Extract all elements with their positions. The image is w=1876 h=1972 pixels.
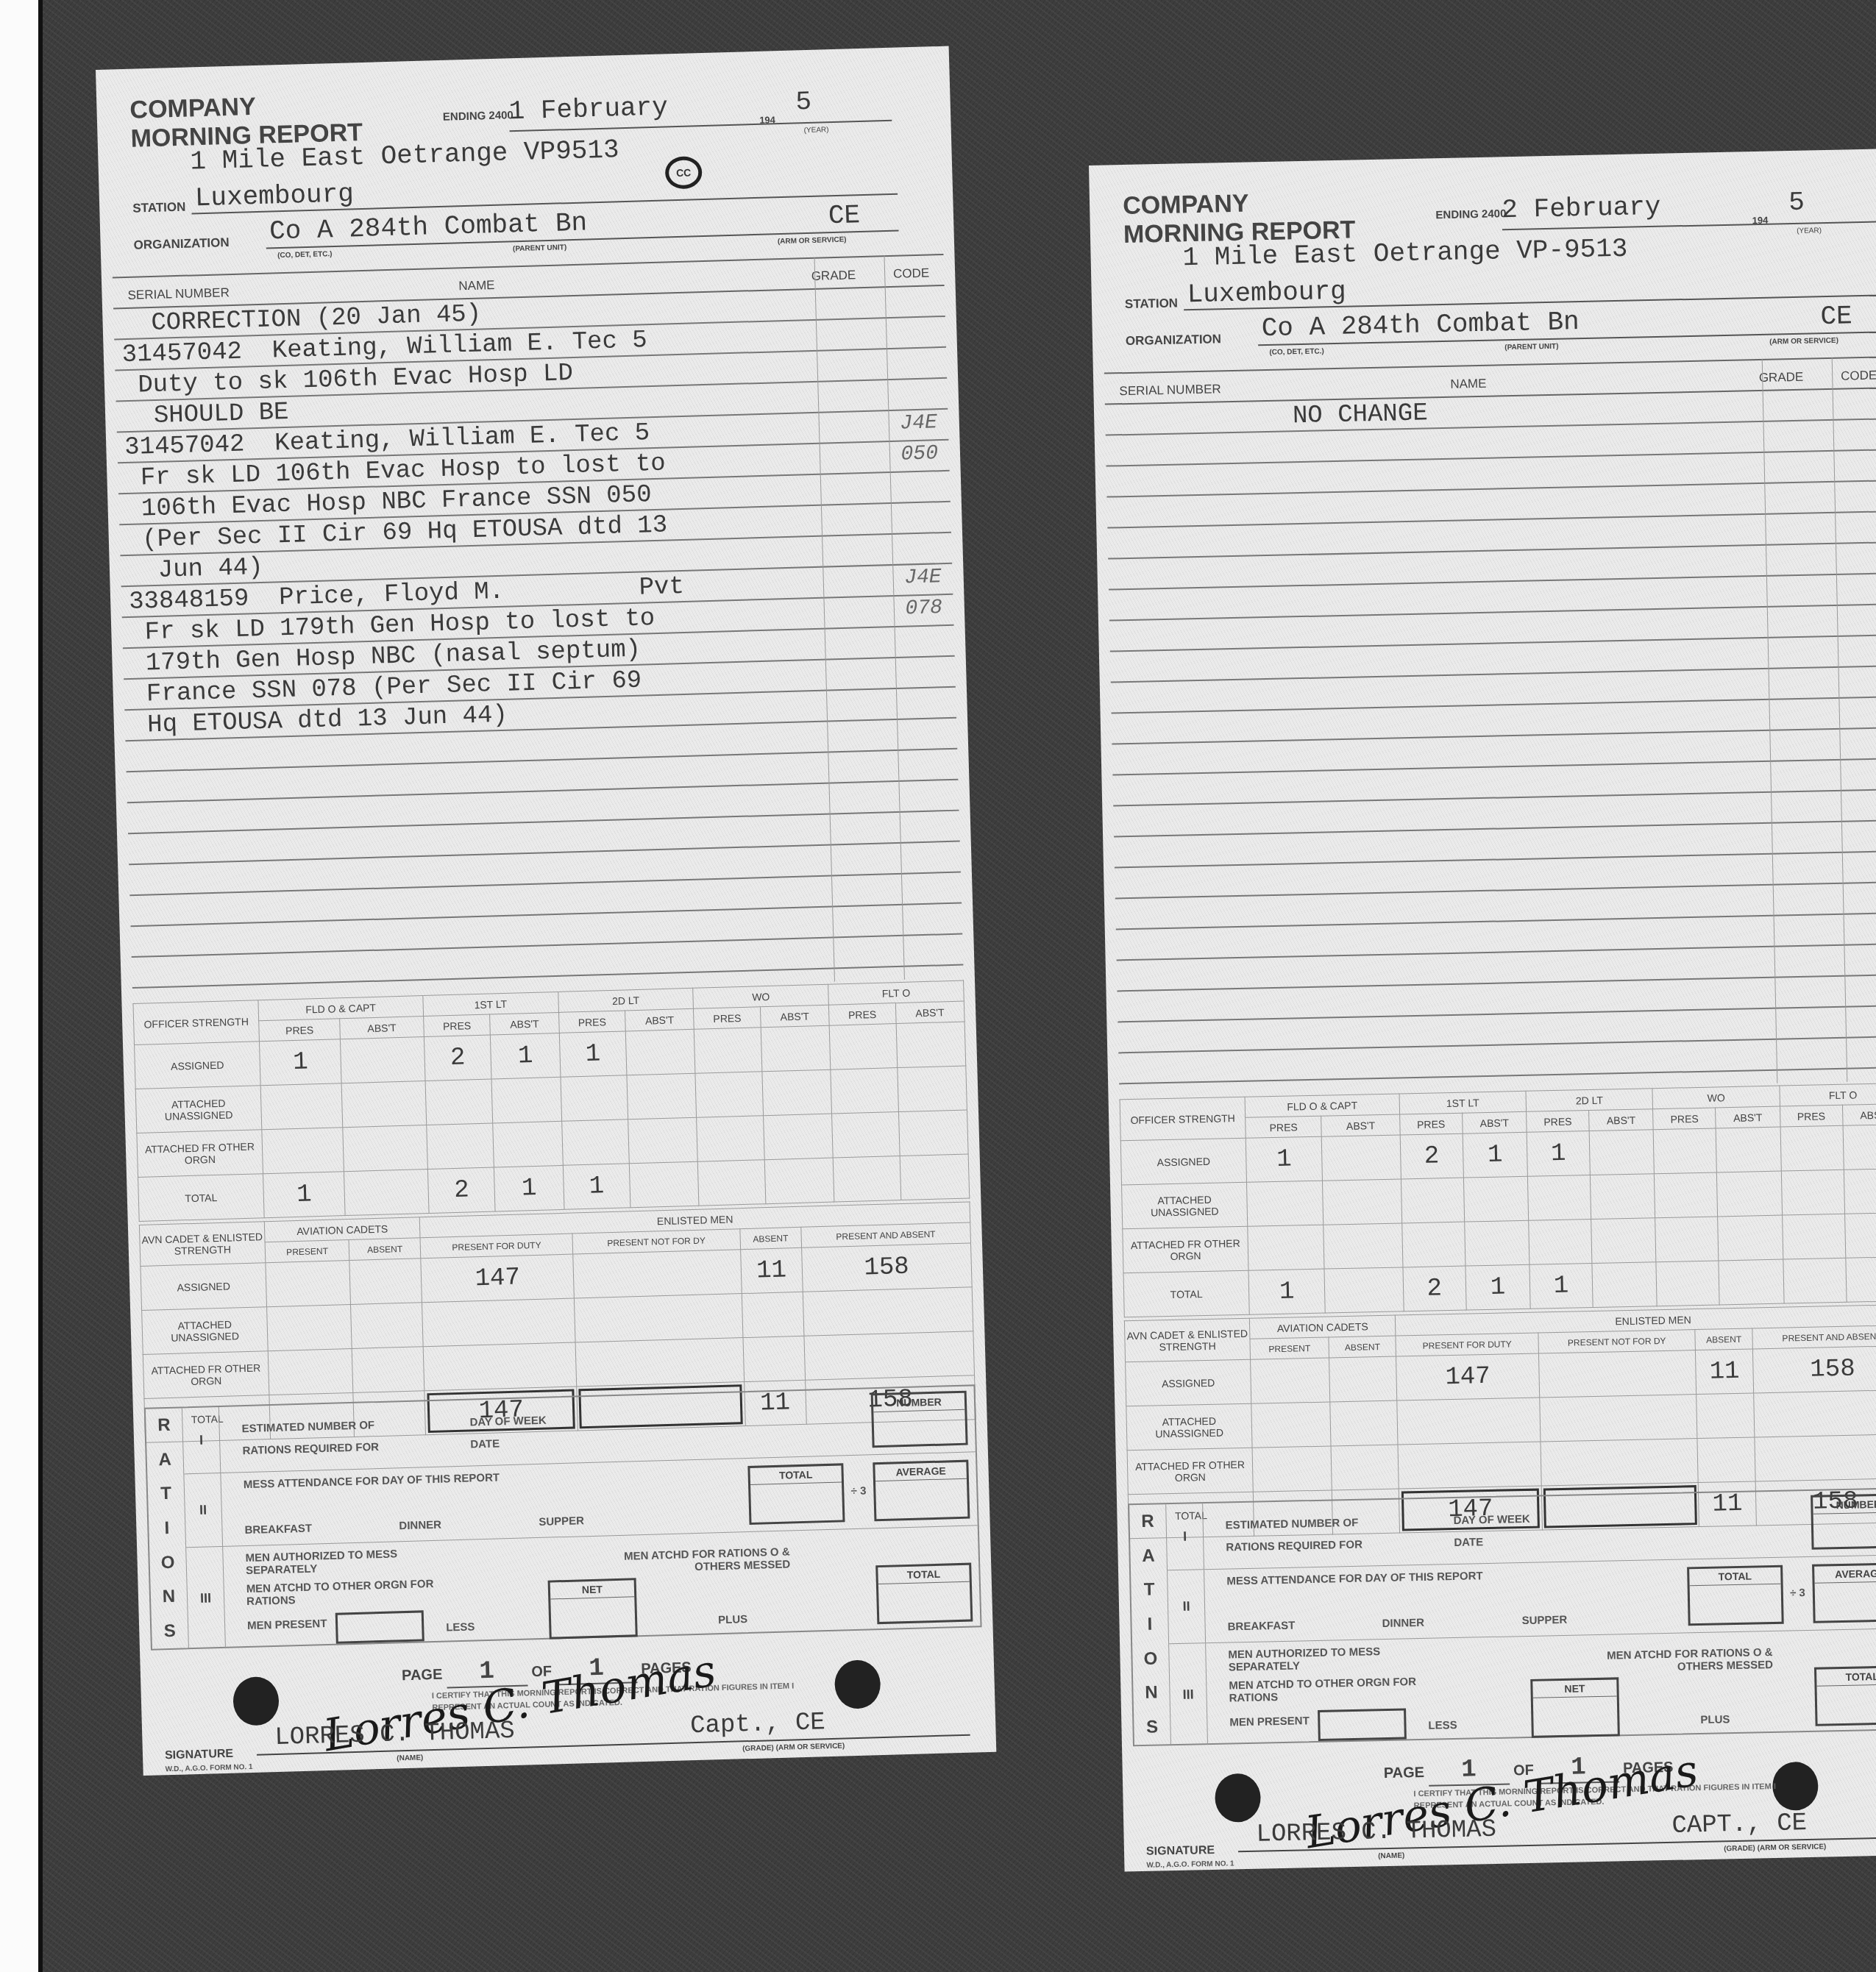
abst-header: ABS'T — [1321, 1114, 1400, 1136]
strength-cell — [898, 1110, 968, 1156]
strength-cell — [1402, 1222, 1465, 1267]
pres-header: PRES — [1399, 1113, 1462, 1135]
row-label-attached-other: ATTACHED FR OTHER ORGN — [137, 1130, 263, 1178]
entry-text: Jun 44) — [128, 554, 264, 585]
strength-cell — [341, 1081, 426, 1128]
strength-cell — [1655, 1217, 1719, 1262]
strength-cell — [896, 1022, 966, 1068]
plus-label: PLUS — [718, 1613, 747, 1626]
col-grade: GRADE — [1759, 370, 1804, 385]
signer-grade: CAPT., CE — [1671, 1809, 1807, 1840]
officer-strength-table: OFFICER STRENGTH FLD O & CAPT 1ST LT 2D … — [132, 980, 970, 1222]
section-number-3: III — [186, 1547, 226, 1649]
strength-cell — [1717, 1171, 1783, 1217]
strength-cell — [1590, 1174, 1655, 1220]
strength-cell — [266, 1260, 351, 1306]
name-caption: (NAME) — [1378, 1852, 1404, 1861]
entry-text: SHOULD BE — [124, 399, 289, 431]
pres-header: PRES — [1527, 1111, 1589, 1133]
scan-page-margin — [0, 0, 43, 1972]
enlisted-column-header: PRESENT NOT FOR DY — [1538, 1330, 1696, 1353]
strength-cell — [832, 1112, 900, 1158]
year-caption: (YEAR) — [1797, 227, 1822, 235]
pres-header: PRES — [829, 1003, 896, 1026]
rations-vertical-label: RATIONS — [1129, 1504, 1171, 1745]
group-1st-lt: 1ST LT — [1399, 1091, 1527, 1114]
divide-by-3: ÷ 3 — [850, 1485, 866, 1498]
rations-letter: A — [158, 1450, 171, 1470]
men-authorized-label: MEN AUTHORIZED TO MESS SEPARATELY — [1228, 1645, 1420, 1673]
strength-cell — [1696, 1393, 1755, 1439]
supper-label: SUPPER — [1521, 1614, 1567, 1627]
signer-name: LORRES C. THOMAS — [274, 1718, 515, 1752]
breakfast-label: BREAKFAST — [1227, 1620, 1295, 1634]
strength-cell — [1330, 1400, 1398, 1446]
strength-cell — [424, 1342, 577, 1391]
strength-cell — [574, 1294, 742, 1342]
estimated-number-label: ESTIMATED NUMBER OF — [1226, 1517, 1359, 1532]
strength-cell — [1538, 1350, 1696, 1398]
strength-cell — [1589, 1130, 1655, 1175]
strength-cell — [804, 1331, 975, 1380]
strength-cell — [697, 1116, 764, 1162]
strength-cell — [761, 1025, 831, 1072]
grade-caption: (GRADE) (ARM OR SERVICE) — [1724, 1843, 1826, 1854]
row-label-assigned: ASSIGNED — [1126, 1359, 1251, 1406]
strength-cell: 1 — [263, 1172, 345, 1218]
rations-letter: O — [160, 1552, 174, 1573]
rations-section-2: II MESS ATTENDANCE FOR DAY OF THIS REPOR… — [1168, 1555, 1876, 1644]
row-label-attached-unassigned: ATTACHED UNASSIGNED — [1126, 1403, 1252, 1450]
strength-cell: 158 — [1752, 1345, 1876, 1393]
pres-header: PRES — [1246, 1116, 1322, 1138]
organization-label: ORGANIZATION — [133, 235, 230, 253]
strength-cell — [1845, 1256, 1876, 1302]
strength-cell — [1541, 1439, 1699, 1486]
enlisted-column-header: ABSENT — [1695, 1328, 1752, 1350]
strength-cell: 1 — [1246, 1136, 1323, 1182]
group-fld-o-capt: FLD O & CAPT — [1245, 1094, 1399, 1117]
rations-letter: I — [1147, 1615, 1152, 1635]
dinner-label: DINNER — [1382, 1617, 1424, 1630]
entry-code: 050 — [900, 442, 938, 466]
abst-header: ABS'T — [1716, 1106, 1780, 1128]
men-authorized-label: MEN AUTHORIZED TO MESS SEPARATELY — [245, 1547, 437, 1577]
strength-cell — [1591, 1218, 1657, 1264]
col-serial-number: SERIAL NUMBER — [1119, 382, 1221, 399]
caption-arm: (ARM OR SERVICE) — [1769, 337, 1838, 346]
strength-cell — [1540, 1395, 1698, 1442]
strength-cell — [803, 1287, 973, 1336]
report-footer: PAGE 1 OF 1 PAGES I CERTIFY THAT THIS MO… — [151, 1631, 985, 1775]
strength-cell — [262, 1128, 344, 1174]
day-of-week-label: DAY OF WEEK — [1454, 1513, 1531, 1527]
pres-header: PRES — [694, 1007, 761, 1030]
total-box: TOTAL — [1687, 1565, 1784, 1626]
strength-cell — [1331, 1445, 1399, 1490]
men-atchd-other-label: MEN ATCHD TO OTHER ORGN FOR RATIONS — [1229, 1676, 1421, 1704]
strength-cell — [1251, 1358, 1330, 1403]
net-box: NET — [548, 1578, 638, 1639]
strength-cell — [1322, 1135, 1401, 1181]
strength-cell — [1324, 1267, 1404, 1313]
report-header: COMPANY MORNING REPORT ENDING 2400 2 Feb… — [1089, 149, 1876, 386]
strength-cell — [831, 1068, 898, 1114]
row-label-attached-unassigned: ATTACHED UNASSIGNED — [1122, 1182, 1248, 1229]
row-label-assigned: ASSIGNED — [135, 1042, 261, 1089]
morning-report-2-february: COMPANY MORNING REPORT ENDING 2400 2 Feb… — [1089, 149, 1876, 1872]
strength-cell: 2 — [1400, 1133, 1463, 1179]
page-label: PAGE — [1384, 1765, 1425, 1781]
row-label-attached-other: ATTACHED FR OTHER ORGN — [143, 1351, 269, 1399]
row-label-total: TOTAL — [1123, 1270, 1249, 1317]
men-present-box — [1318, 1708, 1407, 1741]
enlisted-column-header: PRESENT — [1250, 1337, 1329, 1359]
strength-cell: 1 — [559, 1031, 627, 1078]
row-label-attached-unassigned: ATTACHED UNASSIGNED — [135, 1086, 262, 1133]
number-box-label: NUMBER — [1813, 1495, 1876, 1514]
strength-cell — [1755, 1434, 1876, 1481]
number-box: NUMBER — [1811, 1493, 1876, 1550]
rations-section-3: III MEN AUTHORIZED TO MESS SEPARATELY ME… — [186, 1526, 980, 1649]
form-title-company: COMPANY — [129, 93, 256, 124]
strength-cell: 158 — [801, 1243, 972, 1292]
rations-section: RATIONS I ESTIMATED NUMBER OF RATIONS RE… — [144, 1384, 982, 1650]
strength-cell: 1 — [1529, 1264, 1593, 1309]
year-prefix: 194 — [1752, 215, 1769, 226]
net-box-label: NET — [1532, 1679, 1616, 1698]
report-footer: PAGE 1 OF 1 PAGES I CERTIFY THAT THIS MO… — [1133, 1734, 1876, 1871]
net-box-label: NET — [550, 1580, 635, 1599]
men-present-box — [335, 1610, 424, 1643]
average-box: AVERAGE — [1812, 1562, 1876, 1623]
average-box-label: AVERAGE — [1814, 1565, 1876, 1584]
signer-grade: Capt., CE — [690, 1709, 826, 1740]
rations-letter: A — [1142, 1545, 1155, 1566]
enlisted-column-header: ABSENT — [740, 1227, 802, 1249]
strength-cell — [267, 1304, 352, 1350]
caption-parent-unit: (PARENT UNIT) — [1504, 343, 1558, 352]
enlisted-column-header: PRESENT — [265, 1240, 349, 1263]
strength-cell — [698, 1160, 766, 1206]
strength-cell — [1697, 1437, 1755, 1483]
rations-letter: S — [1146, 1717, 1159, 1737]
binder-hole-left — [232, 1676, 280, 1726]
strength-cell — [1398, 1442, 1541, 1489]
initials-stamp: CC — [665, 156, 703, 189]
number-box: NUMBER — [871, 1391, 968, 1448]
strength-cell — [1323, 1223, 1403, 1269]
men-present-label: MEN PRESENT — [1229, 1715, 1310, 1729]
row-label-total: TOTAL — [138, 1174, 265, 1222]
men-atchd-for-rations-label: MEN ATCHD FOR RATIONS O & OTHERS MESSED — [598, 1545, 790, 1576]
col-serial-number: SERIAL NUMBER — [127, 285, 230, 303]
strength-cell — [260, 1083, 343, 1130]
strength-cell — [1529, 1220, 1592, 1265]
rations-letter: T — [160, 1484, 171, 1504]
signer-name: LORRES C. THOMAS — [1256, 1816, 1496, 1849]
strength-cell — [1754, 1389, 1876, 1437]
net-box: NET — [1530, 1677, 1620, 1737]
section-number-2: II — [184, 1473, 223, 1547]
entry-code: J4E — [904, 566, 942, 589]
organization-label: ORGANIZATION — [1126, 332, 1221, 349]
caption-parent-unit: (PARENT UNIT) — [513, 243, 566, 253]
strength-cell: 1 — [494, 1165, 564, 1211]
officer-strength-section: OFFICER STRENGTH FLD O & CAPT 1ST LT 2D … — [132, 980, 976, 1443]
strength-cell — [349, 1259, 422, 1305]
strength-cell: 147 — [421, 1254, 574, 1303]
total-box-label: TOTAL — [750, 1465, 842, 1484]
strength-cell — [1592, 1262, 1658, 1308]
strength-cell — [1781, 1170, 1844, 1215]
strength-cell: 2 — [1403, 1266, 1466, 1311]
row-label-attached-other: ATTACHED FR OTHER ORGN — [1127, 1448, 1253, 1495]
year-caption: (YEAR) — [804, 126, 829, 135]
row-label-assigned: ASSIGNED — [1120, 1138, 1246, 1185]
officer-strength-label: OFFICER STRENGTH — [1120, 1097, 1246, 1141]
page-label: PAGE — [402, 1667, 443, 1684]
strength-cell — [764, 1158, 834, 1204]
rations-required-label: RATIONS REQUIRED FOR — [242, 1441, 379, 1457]
men-atchd-other-label: MEN ATCHD TO OTHER ORGN FOR RATIONS — [246, 1578, 438, 1608]
dinner-label: DINNER — [399, 1519, 441, 1533]
station-label: STATION — [132, 200, 186, 216]
abst-header: ABS'T — [1842, 1104, 1876, 1126]
less-label: LESS — [446, 1620, 475, 1634]
officer-strength-table: OFFICER STRENGTH FLD O & CAPT 1ST LT 2D … — [1120, 1083, 1876, 1317]
enlisted-column-header: ABSENT — [1329, 1336, 1396, 1358]
mess-attendance-label: MESS ATTENDANCE FOR DAY OF THIS REPORT — [1226, 1570, 1483, 1587]
mess-attendance-label: MESS ATTENDANCE FOR DAY OF THIS REPORT — [244, 1471, 500, 1491]
pres-header: PRES — [259, 1019, 341, 1042]
report-header: COMPANY MORNING REPORT ENDING 2400 1 Feb… — [96, 46, 955, 291]
breakfast-label: BREAKFAST — [244, 1523, 312, 1537]
col-grade: GRADE — [811, 268, 856, 284]
rations-letter: N — [162, 1587, 175, 1607]
date-label: DATE — [470, 1437, 500, 1450]
abst-header: ABS'T — [625, 1008, 694, 1031]
strength-cell — [1719, 1259, 1784, 1305]
strength-cell: 1 — [491, 1033, 561, 1079]
plus-label: PLUS — [1700, 1713, 1730, 1726]
strength-cell — [1654, 1128, 1717, 1174]
strength-cell — [573, 1250, 742, 1298]
strength-cell — [629, 1161, 699, 1208]
enlisted-column-header: ABSENT — [349, 1238, 421, 1261]
pres-header: PRES — [1653, 1108, 1716, 1130]
rations-letter: O — [1143, 1648, 1157, 1669]
rations-letter: T — [1143, 1580, 1154, 1601]
section3-total-label: TOTAL — [878, 1565, 970, 1584]
section3-total-box: TOTAL — [875, 1563, 973, 1625]
group-2d-lt: 2D LT — [1526, 1089, 1653, 1112]
station-value: Luxembourg — [1187, 277, 1346, 310]
row-label-attached-other: ATTACHED FR OTHER ORGN — [1123, 1226, 1248, 1273]
strength-cell — [833, 1156, 900, 1203]
day-of-week-label: DAY OF WEEK — [469, 1414, 547, 1429]
section3-total-box: TOTAL — [1814, 1665, 1876, 1726]
officer-strength-section: OFFICER STRENGTH FLD O & CAPT 1ST LT 2D … — [1120, 1083, 1876, 1539]
strength-cell: 1 — [1248, 1269, 1326, 1314]
abst-header: ABS'T — [340, 1017, 424, 1039]
strength-cell — [344, 1169, 429, 1215]
men-atchd-for-rations-label: MEN ATCHD FOR RATIONS O & OTHERS MESSED — [1581, 1646, 1773, 1675]
rations-letter: R — [1141, 1512, 1154, 1532]
col-name: NAME — [458, 278, 495, 293]
strength-cell — [1718, 1215, 1783, 1261]
strength-cell — [1655, 1172, 1718, 1218]
strength-cell — [1783, 1258, 1847, 1303]
strength-cell — [1329, 1356, 1397, 1402]
men-present-label: MEN PRESENT — [247, 1617, 327, 1632]
strength-cell — [422, 1298, 575, 1347]
strength-cell — [764, 1114, 834, 1160]
row-label-attached-unassigned: ATTACHED UNASSIGNED — [142, 1307, 269, 1355]
ending-date: 2 February — [1502, 192, 1661, 226]
total-box-label: TOTAL — [1689, 1567, 1780, 1587]
grade-caption: (GRADE) (ARM OR SERVICE) — [742, 1742, 845, 1753]
rations-letter: N — [1145, 1683, 1158, 1704]
strength-cell — [1323, 1179, 1402, 1225]
entry-code: J4E — [900, 411, 937, 435]
row-label-assigned: ASSIGNED — [141, 1263, 267, 1311]
strength-cell — [1252, 1446, 1332, 1492]
avn-enlisted-label: AVN CADET & ENLISTED STRENGTH — [139, 1222, 265, 1267]
entry-code: 078 — [905, 597, 942, 620]
pres-header: PRES — [423, 1014, 490, 1037]
report-entries: NO CHANGE — [1105, 388, 1876, 1084]
col-name: NAME — [1450, 377, 1487, 392]
strength-cell — [1656, 1261, 1719, 1306]
group-wo: WO — [1652, 1086, 1780, 1109]
strength-cell — [575, 1338, 744, 1387]
rations-letter: R — [157, 1415, 171, 1436]
strength-cell: 11 — [1696, 1349, 1754, 1395]
section-number-2: II — [1168, 1570, 1206, 1643]
strength-cell — [561, 1075, 628, 1122]
strength-cell — [762, 1069, 832, 1116]
col-code: CODE — [893, 266, 930, 281]
abst-header: ABS'T — [490, 1012, 559, 1035]
ending-date: 1 February — [508, 92, 668, 127]
strength-cell — [341, 1037, 425, 1083]
signature-label: SIGNATURE — [165, 1748, 234, 1763]
section3-total-label: TOTAL — [1816, 1667, 1876, 1687]
strength-cell — [695, 1072, 763, 1118]
strength-cell — [1464, 1220, 1529, 1266]
strength-cell: 1 — [563, 1164, 630, 1210]
number-box-label: NUMBER — [873, 1393, 965, 1412]
strength-cell — [1716, 1127, 1781, 1172]
rations-letter: I — [164, 1518, 169, 1539]
rations-letter: S — [163, 1620, 176, 1641]
strength-cell — [1401, 1178, 1464, 1223]
abst-header: ABS'T — [895, 1001, 964, 1024]
abst-header: ABS'T — [760, 1005, 829, 1028]
caption-unit: (CO, DET, ETC.) — [1269, 347, 1324, 357]
abst-header: ABS'T — [1462, 1111, 1527, 1133]
caption-arm: (ARM OR SERVICE) — [778, 236, 847, 246]
rations-vertical-label: RATIONS — [146, 1408, 189, 1648]
strength-cell — [268, 1348, 353, 1395]
strength-cell — [1246, 1181, 1323, 1226]
strength-cell: 2 — [424, 1035, 491, 1081]
officer-strength-label: OFFICER STRENGTH — [133, 1000, 259, 1045]
strength-cell — [1528, 1175, 1591, 1221]
rations-section: RATIONS I ESTIMATED NUMBER OF RATIONS RE… — [1128, 1487, 1876, 1746]
ending-label: ENDING 2400 — [1435, 208, 1506, 221]
less-label: LESS — [1428, 1719, 1457, 1732]
strength-cell — [1843, 1124, 1876, 1170]
caption-unit: (CO, DET, ETC.) — [277, 250, 333, 260]
strength-cell — [1844, 1212, 1876, 1258]
pres-header: PRES — [558, 1011, 625, 1033]
average-box: AVERAGE — [873, 1460, 970, 1522]
aviation-cadets-header: AVIATION CADETS — [1249, 1315, 1396, 1339]
arm-of-service: CE — [828, 200, 860, 231]
strength-cell: 1 — [1527, 1131, 1590, 1177]
strength-cell — [427, 1123, 494, 1170]
strength-cell — [625, 1029, 695, 1075]
strength-cell — [900, 1154, 970, 1200]
total-box: TOTAL — [747, 1463, 845, 1525]
ending-label: ENDING 2400 — [443, 110, 514, 124]
binder-hole-left — [1215, 1773, 1261, 1823]
estimated-number-label: ESTIMATED NUMBER OF — [241, 1419, 374, 1435]
signature-label: SIGNATURE — [1146, 1844, 1215, 1859]
strength-cell — [898, 1066, 967, 1112]
rations-section-3: III MEN AUTHORIZED TO MESS SEPARATELY ME… — [1169, 1628, 1876, 1745]
strength-cell — [694, 1028, 762, 1074]
strength-cell — [425, 1079, 493, 1125]
strength-cell: 1 — [259, 1039, 341, 1086]
strength-cell — [829, 1024, 897, 1070]
station-label: STATION — [1125, 296, 1178, 313]
section-number-3: III — [1169, 1643, 1208, 1745]
strength-cell — [351, 1303, 424, 1349]
strength-cell — [1397, 1398, 1541, 1445]
strength-cell — [491, 1077, 561, 1123]
year-digit: 5 — [795, 87, 812, 118]
avn-enlisted-label: AVN CADET & ENLISTED STRENGTH — [1124, 1318, 1250, 1362]
enlisted-column-header: PRESENT AND ABSENT — [1752, 1325, 1876, 1349]
strength-cell — [1463, 1176, 1529, 1222]
section-number-1: I — [182, 1407, 221, 1473]
report-entries: CORRECTION (20 Jan 45)31457042 Keating, … — [113, 286, 963, 989]
group-flt-o: FLT O — [1780, 1083, 1876, 1107]
strength-cell — [627, 1073, 697, 1120]
col-code: CODE — [1841, 369, 1876, 384]
strength-cell — [493, 1121, 563, 1167]
strength-cell: 147 — [1396, 1353, 1540, 1400]
strength-cell — [742, 1292, 804, 1337]
arm-of-service: CE — [1820, 301, 1852, 332]
year-digit: 5 — [1788, 188, 1805, 218]
strength-cell — [561, 1120, 629, 1166]
abst-header: ABS'T — [1589, 1109, 1654, 1131]
section-number-1: I — [1166, 1503, 1204, 1570]
strength-cell — [1780, 1125, 1844, 1171]
strength-cell: 11 — [740, 1247, 803, 1293]
strength-cell — [1251, 1402, 1331, 1448]
strength-cell — [1248, 1225, 1325, 1270]
morning-report-1-february: COMPANY MORNING REPORT ENDING 2400 1 Feb… — [96, 46, 996, 1776]
strength-cell: 2 — [427, 1167, 495, 1214]
date-label: DATE — [1454, 1536, 1483, 1549]
strength-cell — [343, 1125, 427, 1172]
form-title-company: COMPANY — [1123, 190, 1249, 219]
